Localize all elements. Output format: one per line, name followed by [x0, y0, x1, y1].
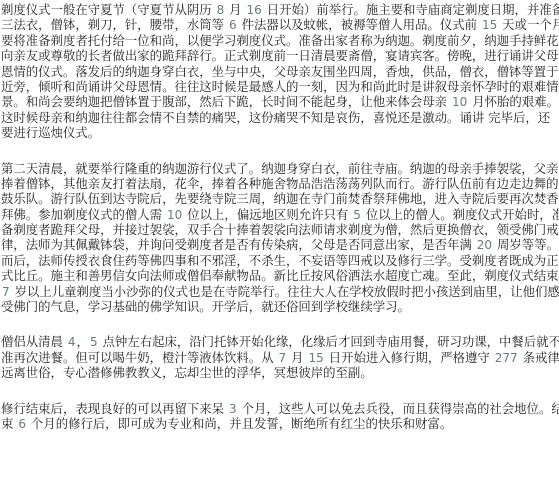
- text-line: 鼓乐队。游行队伍到达寺院后，先要绕寺院三周，纳迦在寺门前焚香祭拜佛地，进入寺院后…: [1, 191, 559, 206]
- text-line: 僧侣从清晨 4，5 点钟左右起床，沿门托钵开始化缘，化缘后才回到寺庙用餐，研习功…: [1, 334, 559, 349]
- numeral: 6: [17, 417, 27, 431]
- numeral: 16: [246, 3, 263, 17]
- text-line: 近旁，倾听和尚诵讲父母恩情。往往这时候是最感人的一刻，因为和尚此时是讲叙母亲怀孕…: [1, 79, 559, 94]
- paragraph-3: 僧侣从清晨 4，5 点钟左右起床，沿门托钵开始化缘，化缘后才回到寺庙用餐，研习功…: [1, 334, 559, 380]
- numeral: 10: [451, 95, 468, 109]
- text-line: 受佛门的气息，学习基础的佛学知识。开学后，就还俗回到学校继续学习。: [1, 299, 559, 314]
- numeral: 5: [89, 335, 99, 349]
- numeral: 7: [278, 351, 288, 365]
- text-line: 景。和尚会要纳迦把僧钵置于腹部，然后下跪，长时间不能起身，让他来体会母亲 10 …: [1, 94, 559, 109]
- text-line: 备剃度者跪拜父母，并接过袈裟，双手合十捧着袈裟向法师请求剃度为僧，然后更换僧衣，…: [1, 222, 559, 237]
- text-line: 三法衣，僧钵，剃刀，针，腰带，水筒等 6 件法器以及蚊帐，被褥等僧人用品。仪式前…: [1, 17, 559, 32]
- text-line: 束 6 个月的修行后，即可成为专业和尚，并且发誓，断绝所有红尘的快乐和财富。: [1, 416, 559, 431]
- text-line: 7 岁以上儿童剃度当小沙弥的仪式也是在寺院举行。往往大人在学校放假时把小孩送到庙…: [1, 284, 559, 299]
- numeral: 4: [67, 335, 77, 349]
- paragraph-1: 剃度仪式一般在守夏节（守夏节从阴历 8 月 16 日开始）前举行。施主要和寺庙商…: [1, 2, 559, 141]
- numeral: 8: [216, 3, 226, 17]
- text-line: 修行结束后，表现良好的可以再留下来呆 3 个月，这些人可以免去兵役，而且获得崇高…: [1, 401, 559, 416]
- numeral: 3: [228, 402, 238, 416]
- document-body: 剃度仪式一般在守夏节（守夏节从阴历 8 月 16 日开始）前举行。施主要和寺庙商…: [0, 0, 559, 431]
- numeral: 15: [307, 351, 324, 365]
- text-line: 要进行巡烛仪式。: [1, 125, 559, 140]
- text-line: 而后，法师传授衣食住药等佛四事和不邪淫，不杀生，不妄语等四戒以及修行三学。受剃度…: [1, 253, 559, 268]
- text-line: 式比丘。施主和善男信女向法师或僧侣奉献物品。新比丘按风俗洒法水超度亡魂。至此，剃…: [1, 268, 559, 283]
- text-line: 捧着僧钵，其他亲友打着法扇，花伞，捧着各种施舍物品浩浩荡荡列队而行。游行队伍前有…: [1, 176, 559, 191]
- numeral: 15: [481, 18, 498, 32]
- text-line: 剃度仪式一般在守夏节（守夏节从阴历 8 月 16 日开始）前举行。施主要和寺庙商…: [1, 2, 559, 17]
- numeral: 10: [166, 208, 183, 222]
- paragraph-4: 修行结束后，表现良好的可以再留下来呆 3 个月，这些人可以免去兵役，而且获得崇高…: [1, 401, 559, 432]
- text-line: 远离世俗，专心潜修佛教教义，忘却尘世的浮华，冥想彼岸的至副。: [1, 365, 559, 380]
- numeral: 7: [1, 285, 11, 299]
- text-line: 恩情的仪式。落发后的纳迦身穿白衣，坐与中央，父母亲友围坐四周，香烛，供品，僧衣，…: [1, 64, 559, 79]
- text-line: 这时候母亲和纳迦往往都会情不自禁的痛哭，这份痛哭不知是哀伤，喜悦还是激动。诵讲 …: [1, 110, 559, 125]
- text-line: 律，法师为其佩戴钵袋，并询问受剃度者是否有传染病，父母是否同意出家，是否年满 2…: [1, 237, 559, 252]
- numeral: 20: [476, 238, 493, 252]
- numeral: 277: [494, 351, 519, 365]
- text-line: 要将准备剃度者托付给一位和尚，以便学习剃度仪式。准备出家者称为纳迦。剃度前夕，纳…: [1, 33, 559, 48]
- paragraph-2: 第二天清晨，就要举行隆重的纳迦游行仪式了。纳迦身穿白衣，前往寺庙。纳迦的母亲手捧…: [1, 161, 559, 315]
- text-line: 准再次进餐。但可以喝牛奶，橙汁等液体饮料。从 7 月 15 日开始进入修行期，严…: [1, 350, 559, 365]
- text-line: 第二天清晨，就要举行隆重的纳迦游行仪式了。纳迦身穿白衣，前往寺庙。纳迦的母亲手捧…: [1, 161, 559, 176]
- text-line: 拜佛。参加剃度仪式的僧人需 10 位以上，偏远地区则允许只有 5 位以上的僧人。…: [1, 207, 559, 222]
- numeral: 5: [352, 208, 362, 222]
- text-line: 向亲友或尊敬的长者做出家的跪拜辞行。正式剃度前一日清晨要斋僧，宴请宾客。傍晚，进…: [1, 48, 559, 63]
- numeral: 6: [228, 18, 238, 32]
